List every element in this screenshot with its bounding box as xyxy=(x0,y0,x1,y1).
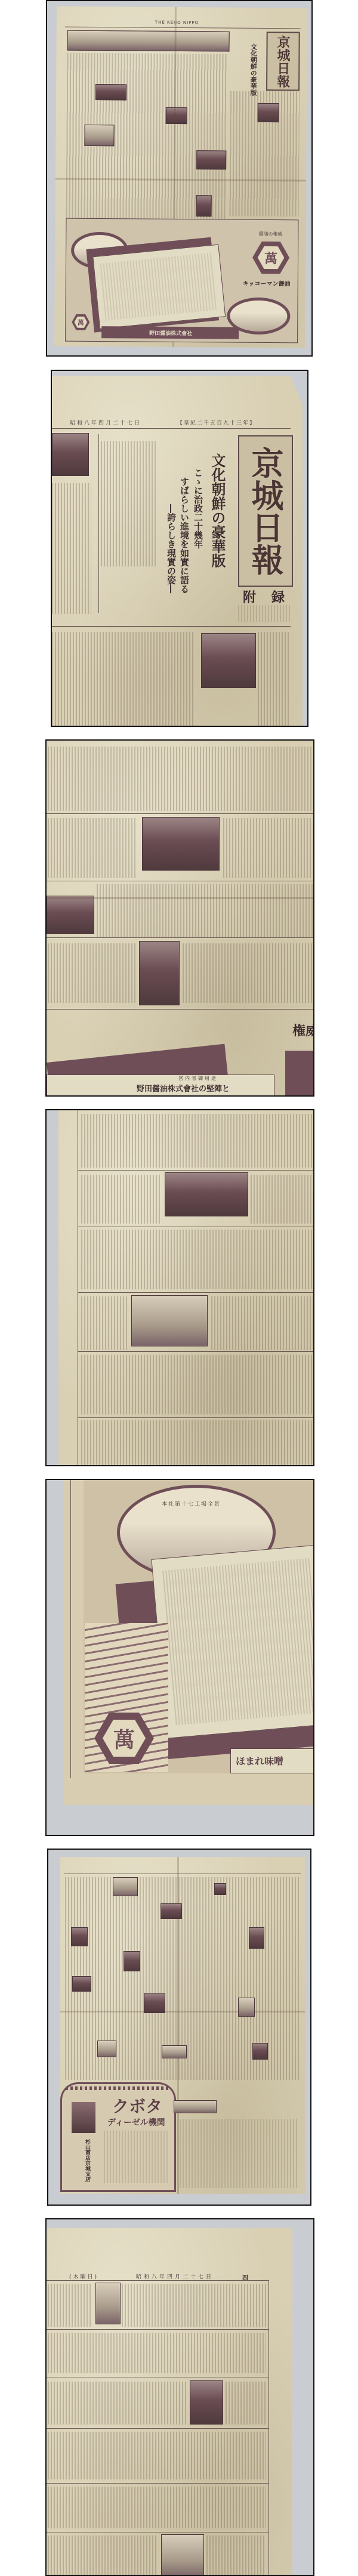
engine-illustration xyxy=(72,2102,95,2133)
building-photo xyxy=(95,84,126,100)
ad-brand: キッコーマン醤油 xyxy=(243,278,291,288)
small-logo: 萬 xyxy=(72,314,89,330)
portrait-photo xyxy=(196,195,212,216)
ad-text-sheet xyxy=(151,1544,314,1738)
ad-text-sheet xyxy=(92,244,226,329)
subhead-3: ―誇らしき現實の姿― xyxy=(165,504,178,593)
photo-panel-5: 本社第十七工場全景 萬 ほまれ味噌 xyxy=(45,1479,314,1836)
ad-heading: 権威 xyxy=(292,1021,314,1039)
ad-tagline: 醤油の権威 xyxy=(258,231,282,237)
date-line: 昭和八年四月二十七日 xyxy=(136,2272,214,2280)
kubota-brand: クボタ xyxy=(112,2094,162,2117)
bridge-photo xyxy=(196,150,226,169)
flowers-photo xyxy=(47,896,94,934)
date-line: 昭和八年四月二十七日 xyxy=(70,419,141,426)
headline: 文化朝鮮の豪華版 xyxy=(248,44,258,96)
newspaper-sheet: THE KEIJO NIPPO 京城日報 文化朝鮮の豪華版 醤油の権威 萬 キ xyxy=(54,7,307,348)
english-title: THE KEIJO NIPPO xyxy=(155,20,199,26)
weekday: (木曜日) xyxy=(69,2272,98,2280)
photo-panel-6: クボタ ディーゼル機関 杉山商店京城支店 xyxy=(47,1849,311,2206)
panorama-photo xyxy=(67,30,229,52)
kikkoman-logo: 萬 xyxy=(252,241,289,274)
dancer-photo xyxy=(190,2380,223,2425)
temple-photo xyxy=(166,107,187,124)
rocky-coast-photo xyxy=(131,1295,208,1346)
era-line: 【皇紀二千五百九十三年】 xyxy=(177,419,256,426)
ad-endorsement: 宮内省御用達 xyxy=(178,1075,218,1082)
subhead-2: すばらしい進境を如實に語る xyxy=(178,477,191,593)
mountain-photo xyxy=(95,2283,121,2324)
supplement-label: 附録 xyxy=(243,587,300,606)
photo-panel-2: 昭和八年四月二十七日 【皇紀二千五百九十三年】 文化朝鮮の豪華版 こゝに治政二十… xyxy=(51,370,308,727)
masthead: 京城日報 xyxy=(266,32,300,91)
photo-panel-4 xyxy=(45,1109,314,1466)
tree-photo xyxy=(201,633,256,688)
photo-panel-7: 四 昭和八年四月二十七日 (木曜日) xyxy=(45,2218,314,2576)
headline: 文化朝鮮の豪華版 xyxy=(207,453,228,568)
kikkoman-ad: 醤油の権威 萬 キッコーマン醤油 萬 野田醤油株式會社 xyxy=(65,218,298,343)
woman-illustration xyxy=(161,2534,204,2576)
photo-panel-3: 権威 宮内省御用達 野田醤油株式會社の堅陣と xyxy=(45,739,314,1097)
kubota-dealer: 杉山商店京城支店 xyxy=(84,2139,91,2182)
ad-company-line: 野田醤油株式會社の堅陣と xyxy=(137,1082,230,1094)
government-building-photo xyxy=(165,1172,248,1216)
portrait-photo xyxy=(139,941,180,1005)
subhead-1: こゝに治政二十幾年 xyxy=(192,468,205,549)
kubota-product: ディーゼル機関 xyxy=(107,2116,165,2128)
ad-company: 野田醤油株式會社 xyxy=(149,329,192,338)
oval-caption: 本社第十七工場全景 xyxy=(162,1500,221,1507)
coast-photo xyxy=(84,125,114,146)
hill-photo xyxy=(52,433,89,476)
stone-bridge-photo xyxy=(142,817,220,871)
photo-panel-1: THE KEIJO NIPPO 京城日報 文化朝鮮の豪華版 醤油の権威 萬 キ xyxy=(46,0,313,357)
mountain-photo xyxy=(258,103,279,122)
masthead: 京城日報 xyxy=(238,435,293,587)
barrel-text: ほまれ味噌 xyxy=(236,1754,283,1767)
kubota-ad: クボタ ディーゼル機関 杉山商店京城支店 xyxy=(60,2082,176,2192)
